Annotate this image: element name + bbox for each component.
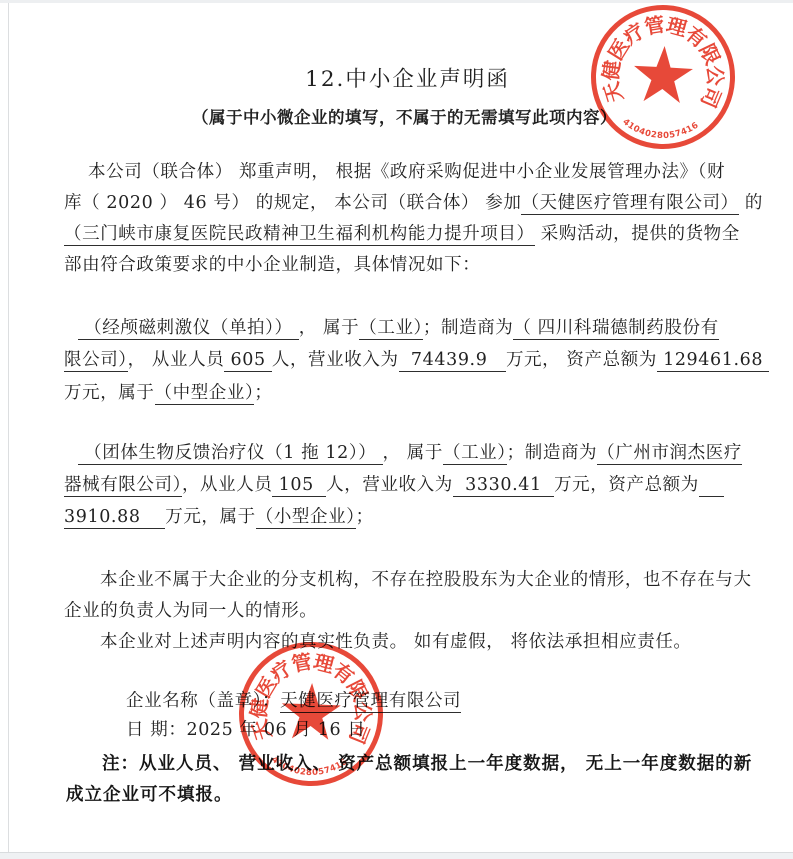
text-line: 本企业对上述声明内容的真实性负责。 如有虚假， 将依法承担相应责任。: [64, 627, 736, 658]
text-line: （三门峡市康复医院民政精神卫生福利机构能力提升项目） 采购活动，提供的货物全: [64, 219, 736, 250]
filled-blank-text: 129461.68: [657, 350, 769, 372]
filled-blank-text: （经颅磁刺激仪（单拍））: [78, 318, 299, 340]
text-run: 万元，属于: [64, 383, 155, 403]
text-run: ， 属于: [383, 443, 443, 463]
viewport-edge-bottom: [0, 852, 793, 859]
seal-star: [632, 44, 694, 103]
text-run: 注：从业人员、 营业收入、 资产总额填报上一年度数据， 无上一年度数据的新: [102, 754, 752, 774]
seal-company-char: 天: [599, 79, 628, 105]
seal-company-char: 管: [290, 649, 314, 676]
text-line: 企业名称（盖章）：天健医疗管理有限公司: [126, 687, 793, 716]
text-line: 注：从业人员、 营业收入、 资产总额填报上一年度数据， 无上一年度数据的新: [66, 749, 738, 780]
filled-blank-text: 限公司）: [64, 350, 128, 372]
text-run: 万元， 资产总额为: [506, 350, 657, 370]
text-run: ， 从业人员: [128, 350, 225, 370]
text-line: 日 期：2025 年 06 月 16 日: [126, 716, 793, 745]
seal-company-char: 司: [344, 720, 374, 748]
filled-blank-text: 3330.41: [453, 475, 554, 497]
seal-company-char: 司: [696, 83, 726, 111]
text-run: 万元，属于: [165, 507, 256, 527]
filled-blank-text: （天健医疗管理有限公司）: [521, 193, 738, 215]
company-seal-bottom: 天健医疗管理有限公司4104028057416: [235, 638, 386, 789]
text-line: 3910.88 万元，属于（小型企业）；: [64, 501, 736, 533]
text-line: 成立企业可不填报。: [66, 780, 738, 811]
product-2-details-paragraph: （团体生物反馈治疗仪（1 拖 12）） ， 属于（工业）；制造商为（广州市润杰医…: [64, 437, 736, 533]
filled-blank-text: （广州市润杰医疗: [597, 443, 742, 465]
text-run: 成立企业可不填报。: [66, 785, 233, 805]
declaration-intro-paragraph: 本公司（联合体） 郑重声明， 根据《政府采购促进中小企业发展管理办法》（财库（ …: [64, 157, 736, 281]
text-run: 本企业不属于大企业的分支机构，不存在控股股东为大企业的情形，也不存在与大: [100, 570, 752, 590]
text-run: 企业的负责人为同一人的情形。: [64, 601, 317, 621]
text-run: 人，营业收入为: [272, 350, 399, 370]
footnote-block: 注：从业人员、 营业收入、 资产总额填报上一年度数据， 无上一年度数据的新成立企…: [66, 749, 738, 810]
seal-star: [281, 682, 342, 740]
text-run: 人，营业收入为: [326, 475, 453, 495]
company-seal-top: 天健医疗管理有限公司4104028057416: [586, 0, 739, 153]
text-run: 本公司（联合体） 郑重声明， 根据《政府采购促进中小企业发展管理办法》（财: [88, 162, 725, 182]
filled-blank-text: [699, 475, 724, 497]
seal-company-char: 天: [247, 717, 276, 743]
text-run: 库（ 2020 ） 46 号） 的规定， 本公司（联合体） 参加: [64, 193, 521, 213]
text-run: ；: [356, 507, 374, 527]
text-line: （团体生物反馈治疗仪（1 拖 12）） ， 属于（工业）；制造商为（广州市润杰医…: [64, 437, 736, 469]
company-seal-graphic: 天健医疗管理有限公司4104028057416: [586, 0, 739, 153]
text-line: 本公司（联合体） 郑重声明， 根据《政府采购促进中小企业发展管理办法》（财: [64, 157, 736, 188]
filled-blank-text: 105: [272, 475, 326, 497]
filled-blank-text: 器械有限公司）: [64, 475, 182, 497]
text-run: 的: [739, 193, 763, 213]
filled-blank-text: （团体生物反馈治疗仪（1 拖 12））: [78, 443, 383, 465]
signature-block: 企业名称（盖章）：天健医疗管理有限公司日 期：2025 年 06 月 16 日: [126, 687, 793, 744]
text-run: ；制造商为: [507, 443, 598, 463]
text-line: （经颅磁刺激仪（单拍）） ， 属于（工业）；制造商为（ 四川科瑞德制药股份有: [64, 312, 736, 344]
page-left-border: [8, 3, 9, 852]
text-line: 部由符合政策要求的中小企业制造，具体情况如下：: [64, 250, 736, 281]
filled-blank-text: （三门峡市康复医院民政精神卫生福利机构能力提升项目）: [64, 224, 535, 246]
text-line: 限公司）， 从业人员 605 人，营业收入为 74439.9 万元， 资产总额为…: [64, 344, 736, 376]
filled-blank-text: （ 四川科瑞德制药股份有: [513, 318, 718, 340]
product-1-details-paragraph: （经颅磁刺激仪（单拍）） ， 属于（工业）；制造商为（ 四川科瑞德制药股份有限公…: [64, 312, 736, 409]
seal-company-char: 管: [643, 12, 667, 39]
text-line: 库（ 2020 ） 46 号） 的规定， 本公司（联合体） 参加（天健医疗管理有…: [64, 188, 736, 219]
viewport-edge-top: [0, 0, 793, 3]
filled-blank-text: 74439.9: [399, 350, 506, 372]
text-run: ；: [254, 383, 272, 403]
filled-blank-text: 605: [224, 350, 272, 372]
filled-blank-text: （工业）: [359, 318, 423, 340]
filled-blank-text: 3910.88: [64, 507, 165, 529]
text-line: 万元，属于（中型企业）；: [64, 377, 736, 409]
company-seal-graphic: 天健医疗管理有限公司4104028057416: [235, 638, 386, 789]
text-line: 器械有限公司），从业人员 105 人，营业收入为 3330.41 万元，资产总额…: [64, 469, 736, 501]
filled-blank-text: （小型企业）: [256, 507, 356, 529]
text-run: 万元，资产总额为: [554, 475, 699, 495]
filled-blank-text: （工业）: [443, 443, 507, 465]
text-run: 本企业对上述声明内容的真实性负责。 如有虚假， 将依法承担相应责任。: [100, 632, 692, 652]
responsibility-statement-paragraph: 本企业不属于大企业的分支机构，不存在控股股东为大企业的情形，也不存在与大企业的负…: [64, 565, 736, 658]
text-run: 部由符合政策要求的中小企业制造，具体情况如下：: [64, 255, 480, 275]
document-page: 12.中小企业声明函 （属于中小微企业的填写，不属于的无需填写此项内容） 本公司…: [0, 0, 793, 859]
text-run: ，从业人员: [182, 475, 273, 495]
filled-blank-text: （中型企业）: [155, 383, 255, 405]
text-run: 采购活动，提供的货物全: [535, 224, 740, 244]
text-run: ；制造商为: [423, 318, 514, 338]
text-run: ， 属于: [299, 318, 359, 338]
text-line: 企业的负责人为同一人的情形。: [64, 596, 736, 627]
text-line: 本企业不属于大企业的分支机构，不存在控股股东为大企业的情形，也不存在与大: [64, 565, 736, 596]
